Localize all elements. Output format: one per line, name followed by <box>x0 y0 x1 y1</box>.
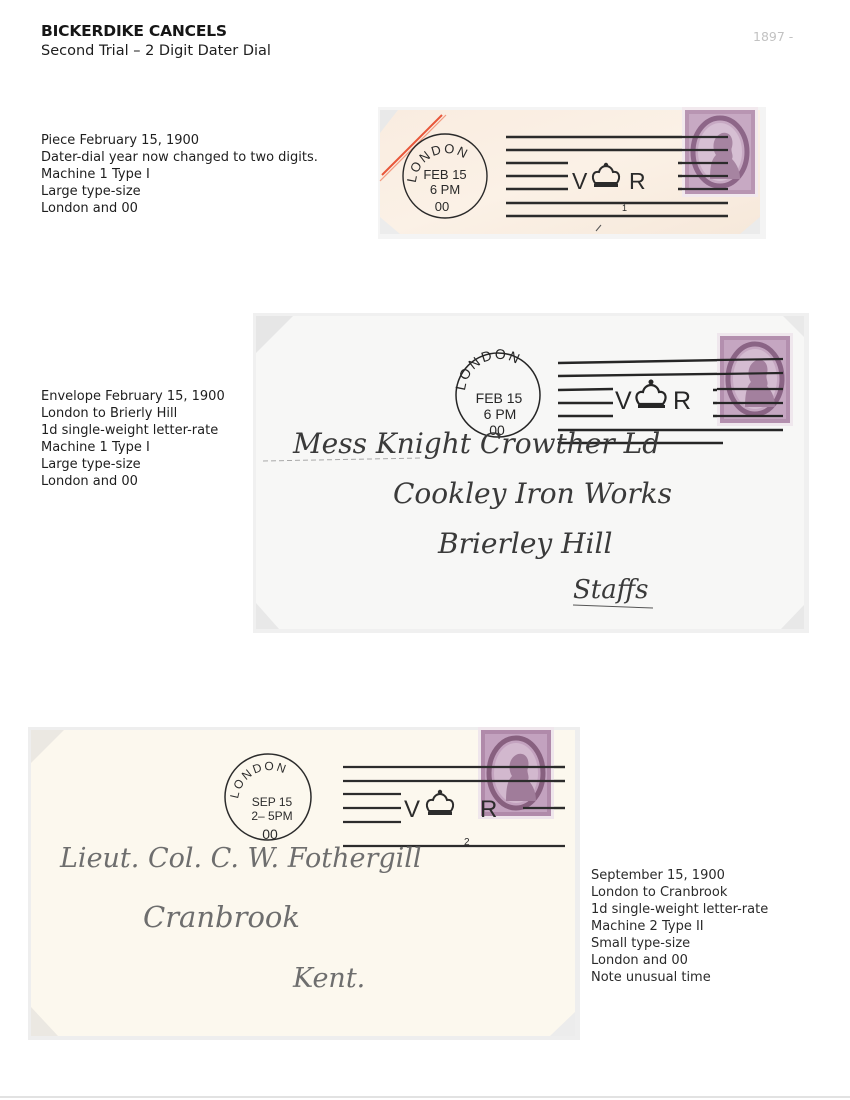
description-line: Piece February 15, 1900 <box>41 132 318 149</box>
address-line: Cookley Iron Works <box>393 477 672 510</box>
cancel-v: V <box>404 796 420 823</box>
postmark-year: 00 <box>435 199 449 214</box>
postmark-date: FEB 15 <box>423 167 466 182</box>
description-line: Envelope February 15, 1900 <box>41 388 225 405</box>
postmark-date: SEP 15 <box>252 795 293 809</box>
page-subtitle: Second Trial – 2 Digit Dater Dial <box>41 43 271 59</box>
description-line: Note unusual time <box>591 969 768 986</box>
cancel-v: V <box>572 168 588 194</box>
description-line: London to Cranbrook <box>591 884 768 901</box>
description-line: Dater-dial year now changed to two digit… <box>41 149 318 166</box>
cancel-v: V <box>615 387 632 415</box>
description-line: Large type-size <box>41 183 318 200</box>
envelope-2-description: September 15, 1900 London to Cranbrook 1… <box>591 867 768 986</box>
address-line: Lieut. Col. C. W. Fothergill <box>59 843 422 874</box>
description-line: London and 00 <box>41 473 225 490</box>
cancel-r: R <box>480 796 497 823</box>
stamp-piece-image: FEB 15 6 PM 00 LONDON V R 1 <box>378 107 766 239</box>
description-line: London and 00 <box>41 200 318 217</box>
postmark-date: FEB 15 <box>476 390 523 406</box>
stamp <box>682 107 758 197</box>
description-line: Large type-size <box>41 456 225 473</box>
address-line: Kent. <box>292 963 365 994</box>
description-line: London to Brierly Hill <box>41 405 225 422</box>
postmark-time: 6 PM <box>430 182 460 197</box>
address-line: Brierley Hill <box>437 527 612 560</box>
description-line: Small type-size <box>591 935 768 952</box>
description-line: Machine 1 Type I <box>41 439 225 456</box>
piece-description: Piece February 15, 1900 Dater-dial year … <box>41 132 318 217</box>
address-line: Cranbrook <box>143 900 300 934</box>
machine-number: 1 <box>622 203 627 213</box>
envelope-1-description: Envelope February 15, 1900 London to Bri… <box>41 388 225 490</box>
year-range: 1897 - <box>753 29 793 44</box>
envelope-cranbrook-image: SEP 15 2– 5PM 00 LONDON V <box>28 727 580 1040</box>
address-line: Mess Knight Crowther Ld <box>292 427 660 460</box>
postmark-time: 2– 5PM <box>251 809 292 823</box>
address-line: Staffs <box>573 575 649 605</box>
description-line: London and 00 <box>591 952 768 969</box>
description-line: 1d single-weight letter-rate <box>41 422 225 439</box>
postmark-time: 6 PM <box>484 406 517 422</box>
envelope-brierly-hill-image: FEB 15 6 PM 00 LONDON V R <box>253 313 809 633</box>
page-title: BICKERDIKE CANCELS <box>41 22 227 40</box>
description-line: Machine 1 Type I <box>41 166 318 183</box>
page-edge <box>0 1096 850 1098</box>
description-line: September 15, 1900 <box>591 867 768 884</box>
cancel-r: R <box>629 168 646 194</box>
cancel-r: R <box>673 387 691 415</box>
description-line: 1d single-weight letter-rate <box>591 901 768 918</box>
description-line: Machine 2 Type II <box>591 918 768 935</box>
machine-number: 2 <box>464 837 470 848</box>
postmark-year: 00 <box>262 826 278 842</box>
stamp <box>717 333 793 426</box>
